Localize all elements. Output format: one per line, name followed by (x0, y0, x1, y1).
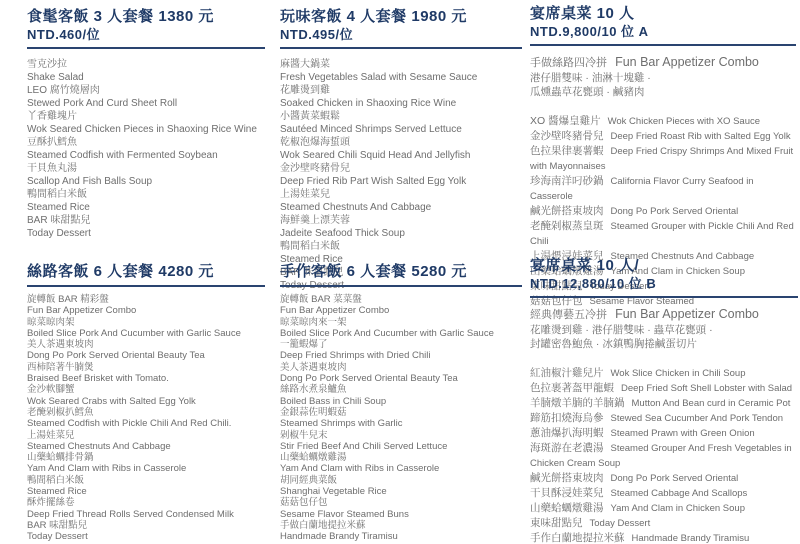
dish-name-zh: 酥炸擺絲卷 (27, 497, 265, 508)
dish-name-zh: 丫香雞塊片 (27, 110, 265, 123)
dish-name-en: Boiled Bass in Chili Soup (280, 396, 522, 407)
dish-name-zh: 海斑游在老濃湯 (530, 442, 604, 454)
dish-name-zh: 晾菜晾肉來一架 (280, 317, 522, 328)
menu-title: 食髦客飯 3 人套餐 1380 元 (27, 8, 265, 26)
dish-name-en: Deep Fried Soft Shell Lobster with Salad (621, 383, 792, 394)
appetizer-combo-zh: 手做絲路四冷拼 (530, 57, 607, 69)
dish-name-en: Steamed Prawn with Green Onion (611, 428, 755, 439)
appetizer-desc-line: 封罐密魯鮑魚 · 冰鎮鴨胸捲鹹蛋切片 (530, 337, 798, 351)
dish-name-zh: 菇菇包仔包 (280, 497, 522, 508)
dish-name-zh: 胡同經典菜飯 (280, 475, 522, 486)
dish-name-en: Yam And Clam in Chicken Soup (611, 503, 745, 514)
dish-name-en: Scallop And Fish Balls Soup (27, 175, 265, 188)
dish-name-en: Steamed Rice (27, 201, 265, 214)
dish-name-zh: 豆酥扒鱈魚 (27, 136, 265, 149)
dish-name-en: Stewed Pork And Curd Sheet Roll (27, 97, 265, 110)
dish-name-en: Jadeite Seafood Thick Soup (280, 227, 522, 240)
dish-row: 色拉果律裹薯蝦Deep Fried Crispy Shrimps And Mix… (530, 144, 796, 174)
dish-name-zh: LEO 腐竹燒層肉 (27, 84, 265, 97)
dish-name-en: Boiled Slice Pork And Cucumber with Garl… (27, 328, 265, 339)
dish-name-zh: 老醃剁椒扒鱈魚 (27, 407, 265, 418)
dish-name-zh: 金沙壁咚豬骨兒 (280, 162, 522, 175)
dish-row: 鹹光餅搭東坡肉Dong Po Pork Served Oriental (530, 204, 796, 219)
dish-row: 紅油椒汁雞兒片Wok Slice Chicken in Chili Soup (530, 366, 798, 381)
dish-name-en: Wok Slice Chicken in Chili Soup (611, 368, 746, 379)
dish-name-en: Braised Beef Brisket with Tomato. (27, 373, 265, 384)
appetizer-desc-line: 港仔腊雙味 · 油淋十塊雞 · (530, 71, 796, 85)
dish-row: 手作白蘭地提拉米蘇Handmade Brandy Tiramisu (530, 531, 798, 544)
dish-name-zh: 海鮮羹上漂芙蓉 (280, 214, 522, 227)
dish-list: 雪克沙拉Shake SaladLEO 腐竹燒層肉Stewed Pork And … (27, 58, 265, 240)
appetizer-combo-zh: 經典傳藝五冷拼 (530, 309, 607, 321)
dish-name-zh: 麻醬大鍋菜 (280, 58, 522, 71)
appetizer-combo: 經典傳藝五冷拼 Fun Bar Appetizer Combo (530, 307, 798, 323)
dish-name-zh: 一籠蝦爆了 (280, 339, 522, 350)
dish-name-zh: 絲路水煮泉鱸魚 (280, 384, 522, 395)
dish-name-en: Sesame Flavor Steamed Buns (280, 509, 522, 520)
menu-price: NTD.12,880/10 位 B (530, 276, 798, 292)
dish-name-en: Dong Po Pork Served Oriental (611, 473, 739, 484)
appetizer-desc: 港仔腊雙味 · 油淋十塊雞 ·瓜燻蟲草花甕頭 · 鹹豬肉 (530, 71, 796, 99)
appetizer-combo-en: Fun Bar Appetizer Combo (615, 307, 759, 321)
dish-name-en: Fun Bar Appetizer Combo (27, 305, 265, 316)
dish-name-zh: 干貝酥浸娃菜兒 (530, 487, 604, 499)
dish-row: XO 醬爆皇雞片Wok Chicken Pieces with XO Sauce (530, 114, 796, 129)
dish-name-en: Today Dessert (590, 518, 651, 529)
dish-name-zh: 老醃剁椒蒸皇斑 (530, 220, 604, 232)
dish-name-zh: 鹹光餅搭東坡肉 (530, 472, 604, 484)
dish-name-en: Soaked Chicken in Shaoxing Rice Wine (280, 97, 522, 110)
dish-row: 東味甜點兒Today Dessert (530, 516, 798, 531)
dish-row: 山藥蛤蠣燉雞湯Yam And Clam in Chicken Soup (530, 501, 798, 516)
menu-title: 手作客飯 6 人套餐 5280 元 (280, 263, 522, 281)
menu-title: 玩味客飯 4 人套餐 1980 元 (280, 8, 522, 26)
dish-name-en: Steamed Chestnuts And Cabbage (280, 201, 522, 214)
dish-name-zh: 金沙軟腳蟹 (27, 384, 265, 395)
dish-row: 海斑游在老濃湯Steamed Grouper And Fresh Vegetab… (530, 441, 798, 471)
dish-row: 蹄筋扣燒海烏參Stewed Sea Cucumber And Pork Tend… (530, 411, 798, 426)
dish-list: 旋轉飯 BAR 菜菜盤Fun Bar Appetizer Combo晾菜晾肉來一… (280, 294, 522, 543)
dish-name-zh: 手作白蘭地提拉米蘇 (530, 532, 625, 544)
dish-name-zh: 手做白蘭地提拉米蘇 (280, 520, 522, 531)
dish-name-zh: 西柿陪著牛腩煲 (27, 362, 265, 373)
dish-name-en: Stewed Sea Cucumber And Pork Tendon (611, 413, 784, 424)
menu-price-per-person: NTD.495/位 (280, 27, 522, 43)
dish-name-zh: 珍海南洋叼砂鍋 (530, 175, 604, 187)
dish-name-en: Wok Seared Chili Squid Head And Jellyfis… (280, 149, 522, 162)
menu-title: 宴席桌菜 10 人 (530, 5, 796, 23)
menu-title: 宴席桌菜 10 人/ (530, 257, 798, 275)
dish-name-en: Mutton And Bean curd in Ceramic Pot (632, 398, 791, 409)
dish-name-zh: 山藥蛤蠣燉雞湯 (530, 502, 604, 514)
dish-name-en: Steamed Shrimps with Garlic (280, 418, 522, 429)
dish-name-zh: 剁椒牛兒末 (280, 430, 522, 441)
dish-name-zh: 晾菜晾肉架 (27, 317, 265, 328)
set-menu-3-person: 食髦客飯 3 人套餐 1380 元 NTD.460/位 雪克沙拉Shake Sa… (27, 8, 265, 240)
dish-name-zh: 鴨間稻白米飯 (280, 240, 522, 253)
dish-name-en: Deep Fried Shrimps with Dried Chili (280, 350, 522, 361)
dish-name-en: Deep Fried Roast Rib with Salted Egg Yol… (611, 131, 791, 142)
dish-name-en: Steamed Chestnuts And Cabbage (27, 441, 265, 452)
dish-name-en: Wok Chicken Pieces with XO Sauce (608, 116, 760, 127)
dish-name-en: Wok Seared Crabs with Salted Egg Yolk (27, 396, 265, 407)
divider (530, 44, 796, 46)
dish-list: 旋轉飯 BAR 精彩盤Fun Bar Appetizer Combo晾菜晾肉架B… (27, 294, 265, 543)
dish-name-zh: 山藥蛤蠣燉雞湯 (280, 452, 522, 463)
dish-name-zh: 羊腩燉羊腩的羊腩鍋 (530, 397, 625, 409)
dish-name-en: Deep Fried Rib Part Wish Salted Egg Yolk (280, 175, 522, 188)
dish-name-zh: 東味甜點兒 (530, 517, 583, 529)
divider (27, 285, 265, 287)
dish-name-zh: 鴨間稻白米飯 (27, 188, 265, 201)
dish-name-en: Today Dessert (27, 531, 265, 542)
divider (280, 285, 522, 287)
dish-name-en: Boiled Slice Pork And Cucumber with Garl… (280, 328, 522, 339)
dish-name-zh: 蔥油爆扒海明蝦 (530, 427, 604, 439)
dish-name-en: Fresh Vegetables Salad with Sesame Sauce (280, 71, 522, 84)
dish-row: 色拉裹著盔甲龍蝦Deep Fried Soft Shell Lobster wi… (530, 381, 798, 396)
dish-row: 羊腩燉羊腩的羊腩鍋Mutton And Bean curd in Ceramic… (530, 396, 798, 411)
dish-name-en: Dong Po Pork Served Oriental Beauty Tea (280, 373, 522, 384)
dish-name-en: Dong Po Pork Served Oriental (611, 206, 739, 217)
dish-name-en: Yam And Clam with Ribs in Casserole (27, 463, 265, 474)
dish-row: 珍海南洋叼砂鍋California Flavor Curry Seafood i… (530, 174, 796, 204)
divider (27, 47, 265, 49)
dish-name-zh: 美人茶遇東坡肉 (280, 362, 522, 373)
dish-name-en: Today Dessert (27, 227, 265, 240)
dish-list: 麻醬大鍋菜Fresh Vegetables Salad with Sesame … (280, 58, 522, 292)
dish-name-zh: 花雕燙到雞 (280, 84, 522, 97)
dish-name-zh: 旋轉飯 BAR 精彩盤 (27, 294, 265, 305)
dish-name-en: Steamed Rice (27, 486, 265, 497)
dish-name-zh: 金銀蒜佐明蝦菇 (280, 407, 522, 418)
dish-name-en: Steamed Cabbage And Scallops (611, 488, 748, 499)
menu-price-per-person: NTD.460/位 (27, 27, 265, 43)
menu-title: 絲路客飯 6 人套餐 4280 元 (27, 263, 265, 281)
dish-name-en: Steamed Codfish with Pickle Chili And Re… (27, 418, 265, 429)
dish-row: 老醃剁椒蒸皇斑Steamed Grouper with Pickle Chili… (530, 219, 796, 249)
divider (280, 47, 522, 49)
dish-name-zh: 色拉果律裹薯蝦 (530, 145, 604, 157)
dish-name-zh: 乾椒泡爆海蜇頭 (280, 136, 522, 149)
dish-name-zh: BAR 味甜點兒 (27, 520, 265, 531)
dish-name-zh: 旋轉飯 BAR 菜菜盤 (280, 294, 522, 305)
dish-name-en: Yam And Clam with Ribs in Casserole (280, 463, 522, 474)
appetizer-combo-en: Fun Bar Appetizer Combo (615, 55, 759, 69)
menu-price: NTD.9,800/10 位 A (530, 24, 796, 40)
set-menu-6-person-5280: 手作客飯 6 人套餐 5280 元 旋轉飯 BAR 菜菜盤Fun Bar App… (280, 263, 522, 543)
dish-name-en: Steamed Codfish with Fermented Soybean (27, 149, 265, 162)
dish-name-en: Wok Seared Chicken Pieces in Shaoxing Ri… (27, 123, 265, 136)
dish-row: 干貝酥浸娃菜兒Steamed Cabbage And Scallops (530, 486, 798, 501)
divider (530, 296, 798, 298)
dish-name-zh: 鴨間稻白米飯 (27, 475, 265, 486)
dish-name-zh: 上湯娃菜兒 (280, 188, 522, 201)
dish-name-en: Handmade Brandy Tiramisu (632, 533, 750, 544)
appetizer-desc-line: 瓜燻蟲草花甕頭 · 鹹豬肉 (530, 85, 796, 99)
appetizer-combo: 手做絲路四冷拼 Fun Bar Appetizer Combo (530, 55, 796, 71)
dish-name-zh: 美人茶遇東坡肉 (27, 339, 265, 350)
dish-name-zh: 山藥蛤蠣排骨鍋 (27, 452, 265, 463)
dish-name-zh: 金沙壁咚豬骨兒 (530, 130, 604, 142)
appetizer-desc: 花雕燙到雞 · 港仔腊雙味 · 蟲草花甕頭 ·封罐密魯鮑魚 · 冰鎮鴨胸捲鹹蛋切… (530, 323, 798, 351)
set-menu-6-person-4280: 絲路客飯 6 人套餐 4280 元 旋轉飯 BAR 精彩盤Fun Bar App… (27, 263, 265, 543)
dish-name-zh: 蹄筋扣燒海烏參 (530, 412, 604, 424)
banquet-menu-b: 宴席桌菜 10 人/ NTD.12,880/10 位 B 經典傳藝五冷拼 Fun… (530, 257, 798, 544)
dish-name-zh: BAR 味甜點兒 (27, 214, 265, 227)
dish-name-zh: 紅油椒汁雞兒片 (530, 367, 604, 379)
dish-name-zh: 小醬黃菜蝦鬆 (280, 110, 522, 123)
dish-name-en: Deep Fried Thread Rolls Served Condensed… (27, 509, 265, 520)
dish-name-zh: 上湯娃菜兒 (27, 430, 265, 441)
dish-name-zh: 鹹光餅搭東坡肉 (530, 205, 604, 217)
dish-name-zh: 干貝魚丸湯 (27, 162, 265, 175)
dish-name-en: Shake Salad (27, 71, 265, 84)
dish-name-en: Handmade Brandy Tiramisu (280, 531, 522, 542)
appetizer-desc-line: 花雕燙到雞 · 港仔腊雙味 · 蟲草花甕頭 · (530, 323, 798, 337)
dish-list: 紅油椒汁雞兒片Wok Slice Chicken in Chili Soup色拉… (530, 366, 798, 544)
dish-row: 鹹光餅搭東坡肉Dong Po Pork Served Oriental (530, 471, 798, 486)
dish-row: 金沙壁咚豬骨兒Deep Fried Roast Rib with Salted … (530, 129, 796, 144)
dish-name-en: Sautéed Minced Shrimps Served Lettuce (280, 123, 522, 136)
dish-row: 蔥油爆扒海明蝦Steamed Prawn with Green Onion (530, 426, 798, 441)
set-menu-4-person: 玩味客飯 4 人套餐 1980 元 NTD.495/位 麻醬大鍋菜Fresh V… (280, 8, 522, 292)
dish-name-en: Fun Bar Appetizer Combo (280, 305, 522, 316)
dish-name-en: Shanghai Vegetable Rice (280, 486, 522, 497)
dish-name-en: Dong Po Pork Served Oriental Beauty Tea (27, 350, 265, 361)
dish-name-zh: 色拉裹著盔甲龍蝦 (530, 382, 614, 394)
dish-name-en: Stir Fried Beef And Chili Served Lettuce (280, 441, 522, 452)
dish-name-zh: 雪克沙拉 (27, 58, 265, 71)
dish-name-zh: XO 醬爆皇雞片 (530, 115, 601, 127)
